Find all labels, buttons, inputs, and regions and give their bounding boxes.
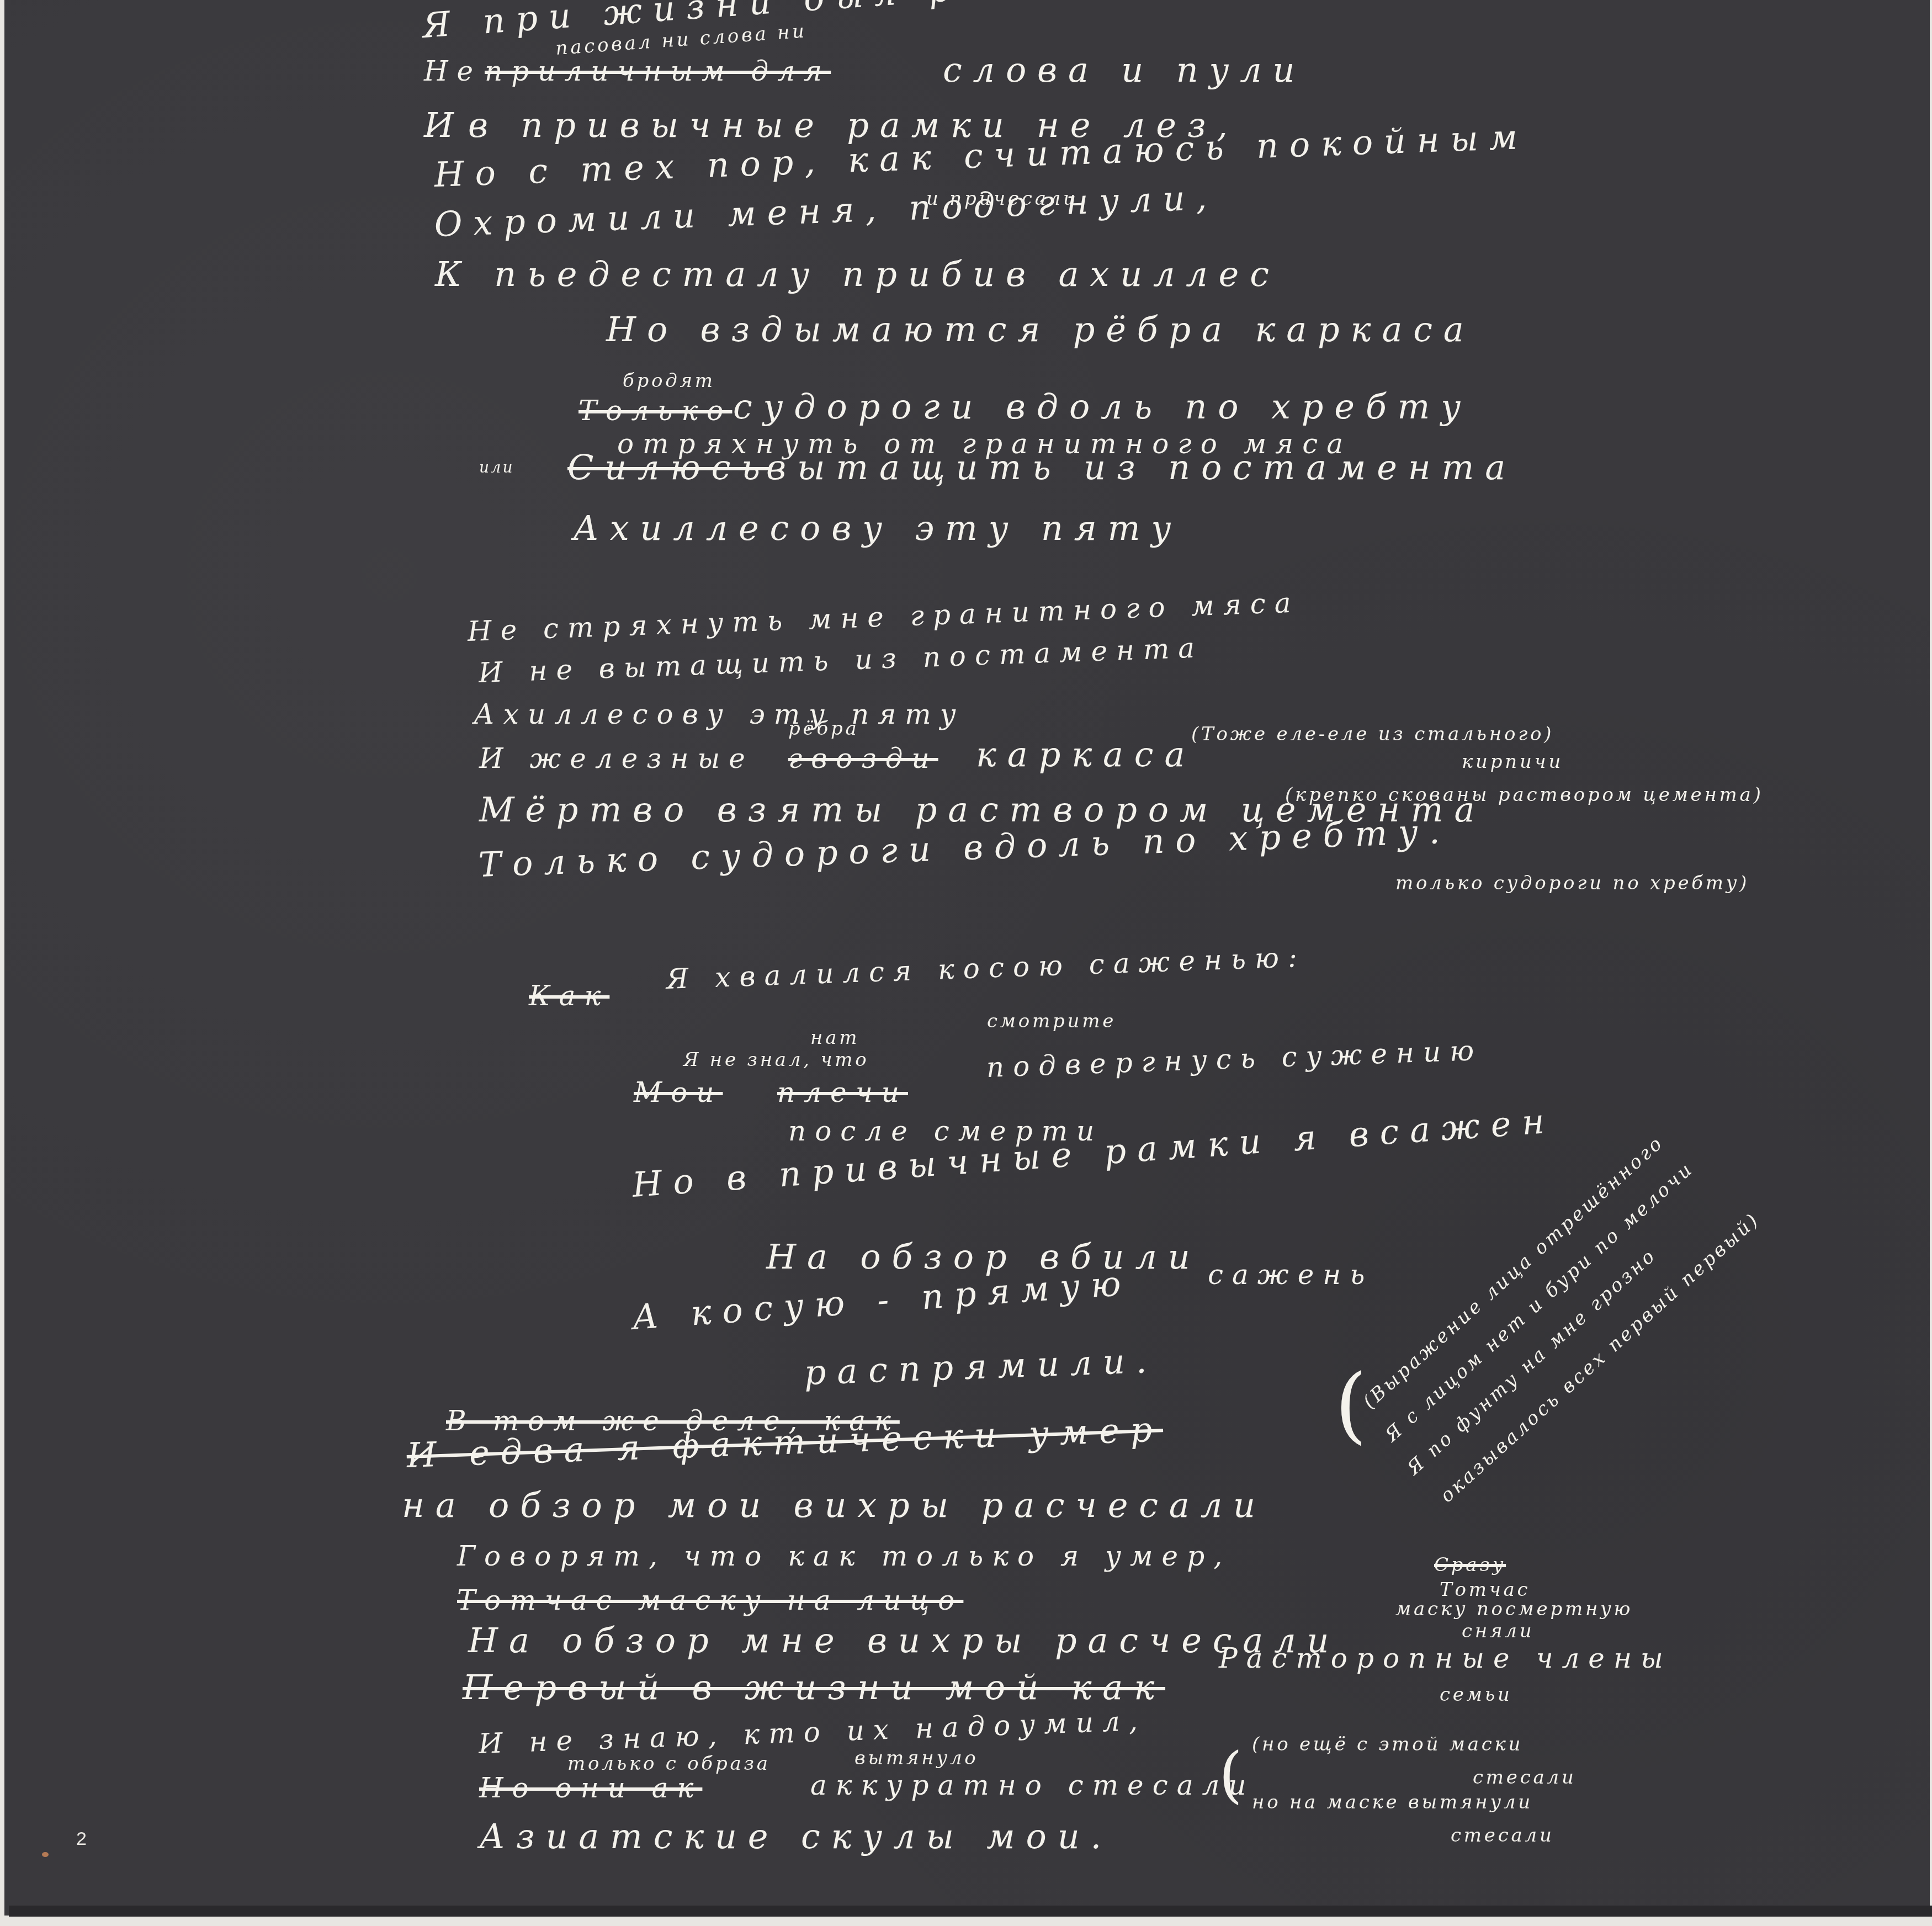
stanza5-line8: аккуратно стесали — [810, 1769, 1255, 1801]
stanza5-line6-struck: Первый в жизни мой как — [463, 1667, 1165, 1707]
stanza3-line4-prefix: И железные — [479, 742, 754, 774]
stanza4-line5-right: сажень — [1208, 1259, 1373, 1291]
stanza4-line5: На обзор вбили — [766, 1237, 1201, 1277]
stanza5-line3: Говорят, что как только я умер, — [457, 1540, 1231, 1572]
stanza1-line2: слова и пули — [943, 50, 1305, 90]
stanza5-note-i: стесали — [1451, 1824, 1554, 1847]
stanza3-line3: Ахиллесову эту пяту — [474, 698, 965, 730]
stanza5-insert: только с образа — [567, 1753, 771, 1775]
stanza1-line2-mark: Не — [424, 55, 482, 87]
stanza3-note2: кирпичи — [1462, 751, 1563, 773]
stanza5-note-c: сняли — [1462, 1620, 1534, 1642]
stanza5-line5: На обзор мне вихры расчесали — [468, 1620, 1340, 1660]
stanza4-insert-a: нат — [810, 1027, 859, 1049]
manuscript-page: Я при жизни был рослым и стройным пасова… — [4, 0, 1930, 1916]
stanza5-line8-struck: Но они ак — [479, 1772, 702, 1804]
margin-diag-line3: Я по фунту на мне грозно — [1403, 1244, 1660, 1479]
stanza4-line2-prefix: Я не знал, что — [683, 1049, 869, 1071]
stanza4-line1-struck: Как — [529, 980, 609, 1012]
stanza5-line2: на обзор мои вихры расчесали — [402, 1485, 1266, 1525]
stanza2-line2-struck: Только — [578, 395, 732, 427]
stanza2-insert: бродят — [623, 370, 715, 392]
paper-speck — [42, 1852, 49, 1857]
stanza5-line4-struck: Тотчас маску на лицо — [457, 1584, 963, 1616]
stanza5-paren: ( — [1219, 1744, 1243, 1805]
stanza2-line5: Ахиллесову эту пяту — [573, 508, 1182, 548]
stanza2-line4-struck: Силюсь — [567, 447, 771, 487]
stanza5-note-g: стесали — [1473, 1766, 1577, 1789]
stanza4-line7: распрямили. — [803, 1340, 1158, 1393]
stanza3-note4: только судороги по хребту) — [1395, 872, 1749, 894]
stanza2-line4: вытащить из постамента — [766, 447, 1516, 487]
stanza1-line2-struck: приличным для — [485, 55, 831, 87]
stanza1-line6: К пьедесталу прибив ахиллес — [435, 254, 1280, 294]
stanza5-note-a: Тотчас — [1440, 1579, 1530, 1601]
stanza4-line2-struck-a: Мои — [634, 1076, 723, 1108]
stanza2-line2: судороги вдоль по хребту — [733, 386, 1472, 427]
page-edge — [9, 1906, 1932, 1917]
stanza5-note-e: семьи — [1440, 1684, 1512, 1706]
stanza5-line9: Азиатские скулы мои. — [479, 1816, 1112, 1856]
margin-paren: ( — [1335, 1363, 1367, 1446]
stanza3-note1: (Тоже еле-еле из стального) — [1191, 723, 1554, 745]
stanza5-note-h: но на маске вытянули — [1252, 1791, 1533, 1813]
stanza1-line3-mark: И — [424, 105, 465, 145]
stanza4-insert-b: смотрите — [987, 1010, 1116, 1032]
stanza5-note-b: маску посмертную — [1395, 1598, 1633, 1620]
stanza5-note-d: Расторопные члены — [1219, 1642, 1672, 1674]
stanza3-line4-struck: гвозди — [788, 742, 938, 774]
stanza4-line1: Я хвалился косою саженью: — [666, 941, 1307, 995]
page-number: 2 — [76, 1828, 87, 1850]
stanza2-line4-prefix: или — [479, 458, 514, 476]
stanza3-insert: рёбра — [788, 718, 859, 740]
stanza5-note-struck: Сразу — [1434, 1554, 1506, 1576]
stanza3-line4: каркаса — [976, 734, 1196, 774]
stanza3-note3: (крепко скованы раствором цемента) — [1285, 784, 1764, 806]
stanza4-line2: подвергнусь сужению — [986, 1034, 1483, 1084]
stanza5-line7: И не знаю, кто их надоумил, — [478, 1705, 1147, 1760]
stanza2-line1: Но вздымаются рёбра каркаса — [606, 309, 1475, 349]
stanza5-note-f: (но ещё с этой маски — [1252, 1733, 1523, 1755]
stanza5-insert2: вытянуло — [854, 1747, 979, 1769]
stanza4-line2-struck-b: плечи — [777, 1076, 908, 1108]
